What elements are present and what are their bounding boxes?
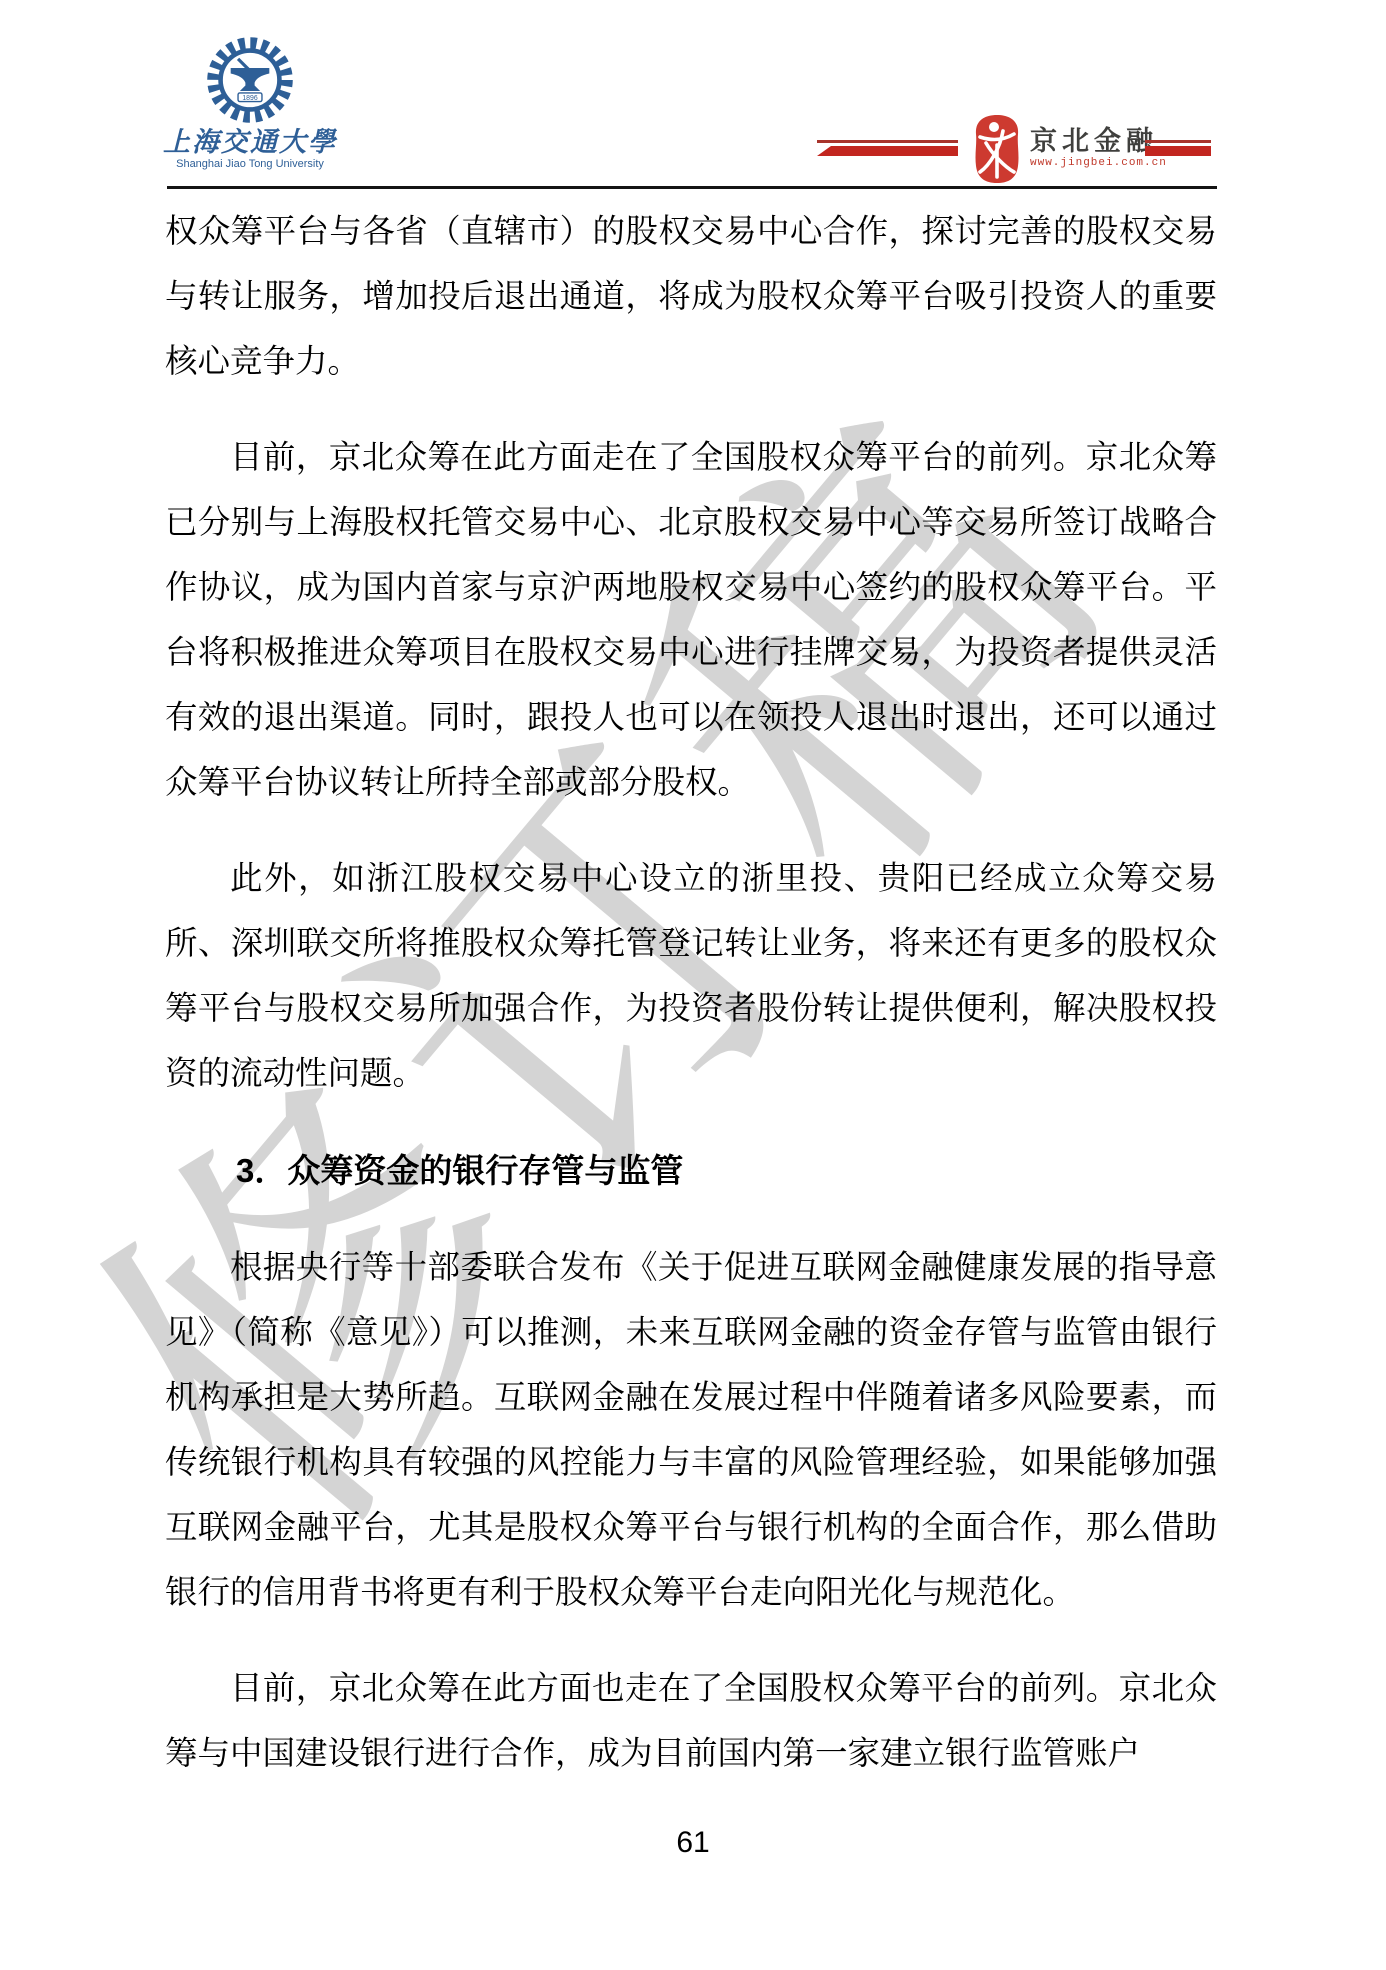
- header-divider: [167, 186, 1217, 189]
- paragraph: 目前，京北众筹在此方面也走在了全国股权众筹平台的前列。京北众筹与中国建设银行进行…: [165, 1657, 1217, 1787]
- paragraph: 目前，京北众筹在此方面走在了全国股权众筹平台的前列。京北众筹已分别与上海股权托管…: [165, 426, 1217, 816]
- right-decorative-bar: [1145, 140, 1211, 156]
- page-footer: 61: [0, 1826, 1386, 1860]
- left-thick-bar: [817, 146, 958, 156]
- right-thick-bar: [1145, 146, 1211, 156]
- paragraph: 此外，如浙江股权交易中心设立的浙里投、贵阳已经成立众筹交易所、深圳联交所将推股权…: [165, 847, 1217, 1107]
- sjtu-name-english: Shanghai Jiao Tong University: [154, 158, 346, 170]
- sjtu-emblem-year: 1896: [242, 95, 257, 102]
- section-heading: 3．众筹资金的银行存管与监管: [165, 1138, 1217, 1203]
- sjtu-emblem-icon: 1896: [204, 34, 296, 126]
- jingbei-website: www.jingbei.com.cn: [1030, 157, 1200, 169]
- left-decorative-bar: [817, 140, 958, 156]
- paragraph: 根据央行等十部委联合发布《关于促进互联网金融健康发展的指导意见》（简称《意见》）…: [165, 1236, 1217, 1626]
- page-number: 61: [676, 1826, 709, 1859]
- document-page: 1896 上海交通大學 Shanghai Jiao Tong Universit…: [0, 0, 1386, 1970]
- left-thin-line: [817, 140, 958, 143]
- document-body: 权众筹平台与各省（直辖市）的股权交易中心合作，探讨完善的股权交易与转让服务，增加…: [165, 200, 1217, 1818]
- jingbei-seal-icon: [973, 114, 1021, 184]
- right-thin-line: [1145, 140, 1211, 143]
- paragraph: 权众筹平台与各省（直辖市）的股权交易中心合作，探讨完善的股权交易与转让服务，增加…: [165, 200, 1217, 395]
- sjtu-logo: 1896 上海交通大學 Shanghai Jiao Tong Universit…: [154, 34, 346, 170]
- sjtu-name-chinese: 上海交通大學: [154, 128, 346, 158]
